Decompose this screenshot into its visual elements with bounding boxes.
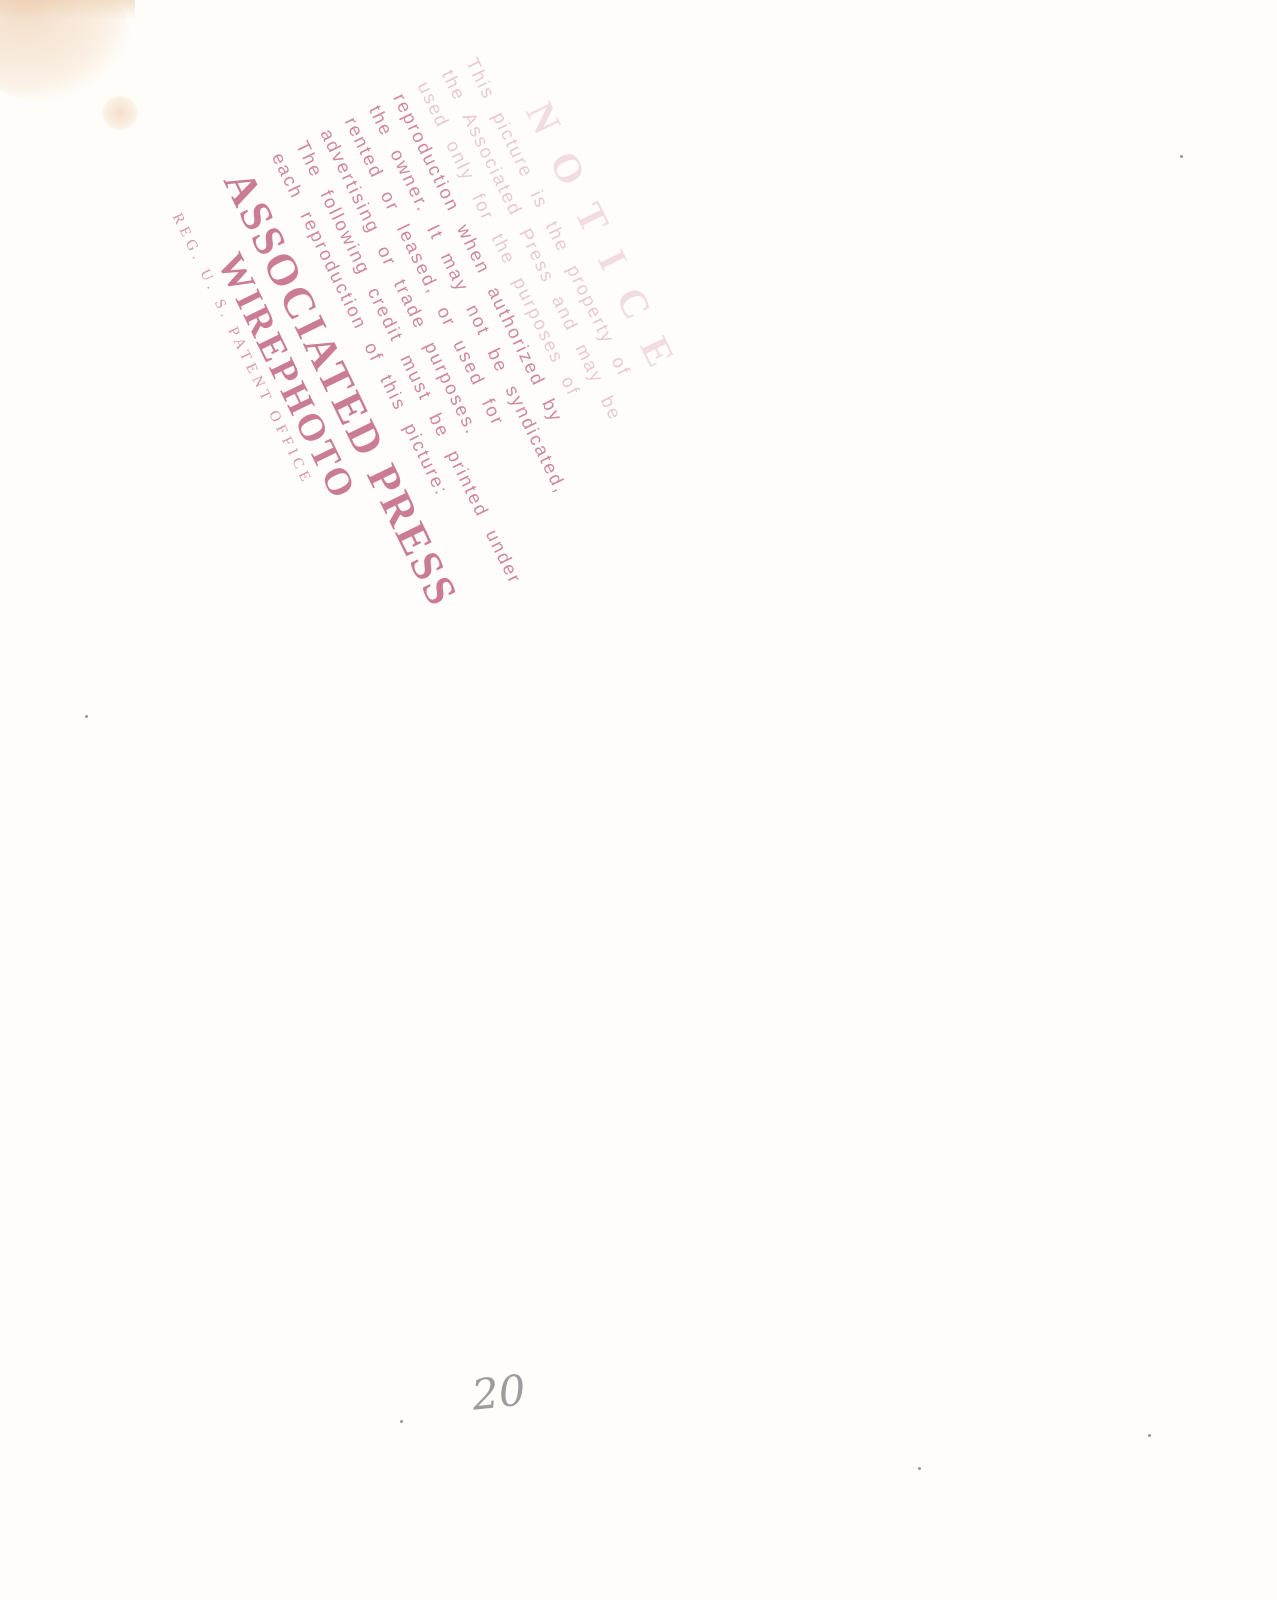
ap-wirephoto-stamp: NOTICE This picture is the property of t… — [164, 32, 773, 713]
speck — [918, 1467, 921, 1470]
speck — [85, 715, 88, 718]
water-stain-corner — [0, 0, 130, 100]
speck — [400, 1420, 403, 1423]
speck — [1180, 155, 1183, 158]
speck — [1148, 1434, 1151, 1437]
handwritten-number: 20 — [470, 1365, 528, 1419]
stain-spot — [102, 96, 138, 130]
